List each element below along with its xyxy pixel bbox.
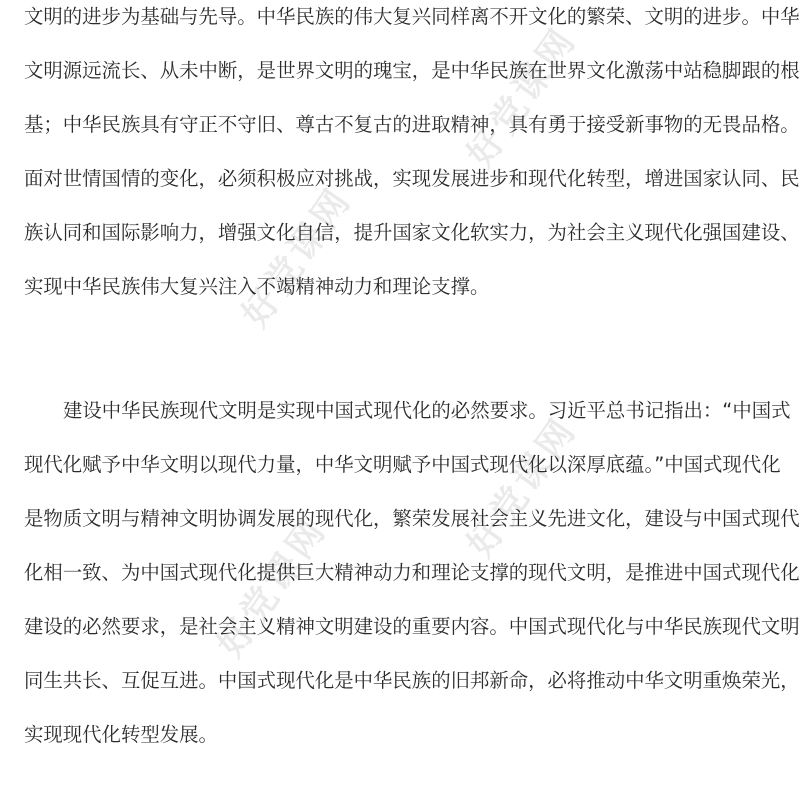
watermark-text: 好党课网 <box>453 15 587 175</box>
text-line: 建设的必然要求，是社会主义精神文明建设的重要内容。中国式现代化与中华民族现代文明 <box>24 614 770 640</box>
text-line: 建设中华民族现代文明是实现中国式现代化的必然要求。习近平总书记指出：“中国式 <box>63 398 770 424</box>
text-line: 基；中华民族具有守正不守旧、尊古不复古的进取精神，具有勇于接受新事物的无畏品格。 <box>24 112 770 138</box>
watermark-text: 好党课网 <box>228 175 362 335</box>
text-line: 现代化赋予中华文明以现代力量，中华文明赋予中国式现代化以深厚底蕴。”中国式现代化 <box>24 452 770 478</box>
text-line: 实现中华民族伟大复兴注入不竭精神动力和理论支撑。 <box>24 274 770 300</box>
text-line: 同生共长、互促互进。中国式现代化是中华民族的旧邦新命，必将推动中华文明重焕荣光， <box>24 668 770 694</box>
text-line: 是物质文明与精神文明协调发展的现代化，繁荣发展社会主义先进文化，建设与中国式现代 <box>24 506 770 532</box>
watermark-text: 好党课网 <box>453 405 587 565</box>
text-line: 化相一致、为中国式现代化提供巨大精神动力和理论支撑的现代文明，是推进中国式现代化 <box>24 560 770 586</box>
text-line: 文明的进步为基础与先导。中华民族的伟大复兴同样离不开文化的繁荣、文明的进步。中华 <box>24 4 770 30</box>
text-line: 实现现代化转型发展。 <box>24 722 770 748</box>
text-line: 面对世情国情的变化，必须积极应对挑战，实现发展进步和现代化转型，增进国家认同、民 <box>24 166 770 192</box>
text-line: 文明源远流长、从未中断，是世界文明的瑰宝，是中华民族在世界文化激荡中站稳脚跟的根 <box>24 58 770 84</box>
text-line: 族认同和国际影响力，增强文化自信，提升国家文化软实力，为社会主义现代化强国建设、 <box>24 220 770 246</box>
